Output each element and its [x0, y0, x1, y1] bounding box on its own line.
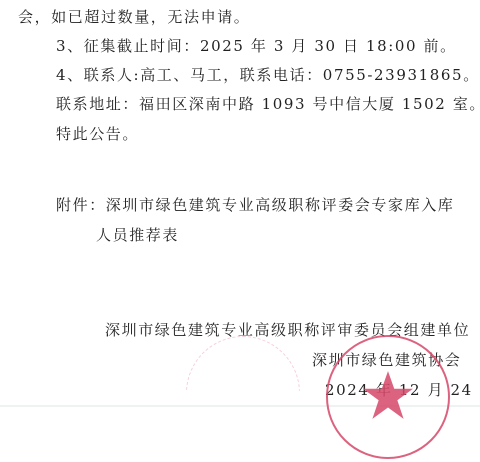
faint-stamp-impression: [186, 336, 300, 450]
closing-line: 特此公告。: [56, 124, 139, 144]
contact-item: 4、联系人:高工、马工，联系电话：0755-23931865。: [56, 65, 480, 85]
deadline-item: 3、征集截止时间：2025 年 3 月 30 日 18:00 前。: [56, 36, 457, 56]
attachment-continuation: 人员推荐表: [96, 225, 179, 245]
address-line: 联系地址：福田区深南中路 1093 号中信大厦 1502 室。: [56, 94, 480, 114]
official-seal: 深圳市绿色建筑协会: [326, 335, 450, 459]
paragraph-continuation: 会，如已超过数量，无法申请。: [18, 7, 250, 27]
issuer-committee: 深圳市绿色建筑专业高级职称评审委员会组建单位: [105, 320, 470, 340]
star-icon: [362, 369, 414, 421]
attachment-label: 附件：深圳市绿色建筑专业高级职称评委会专家库入库: [56, 195, 454, 215]
